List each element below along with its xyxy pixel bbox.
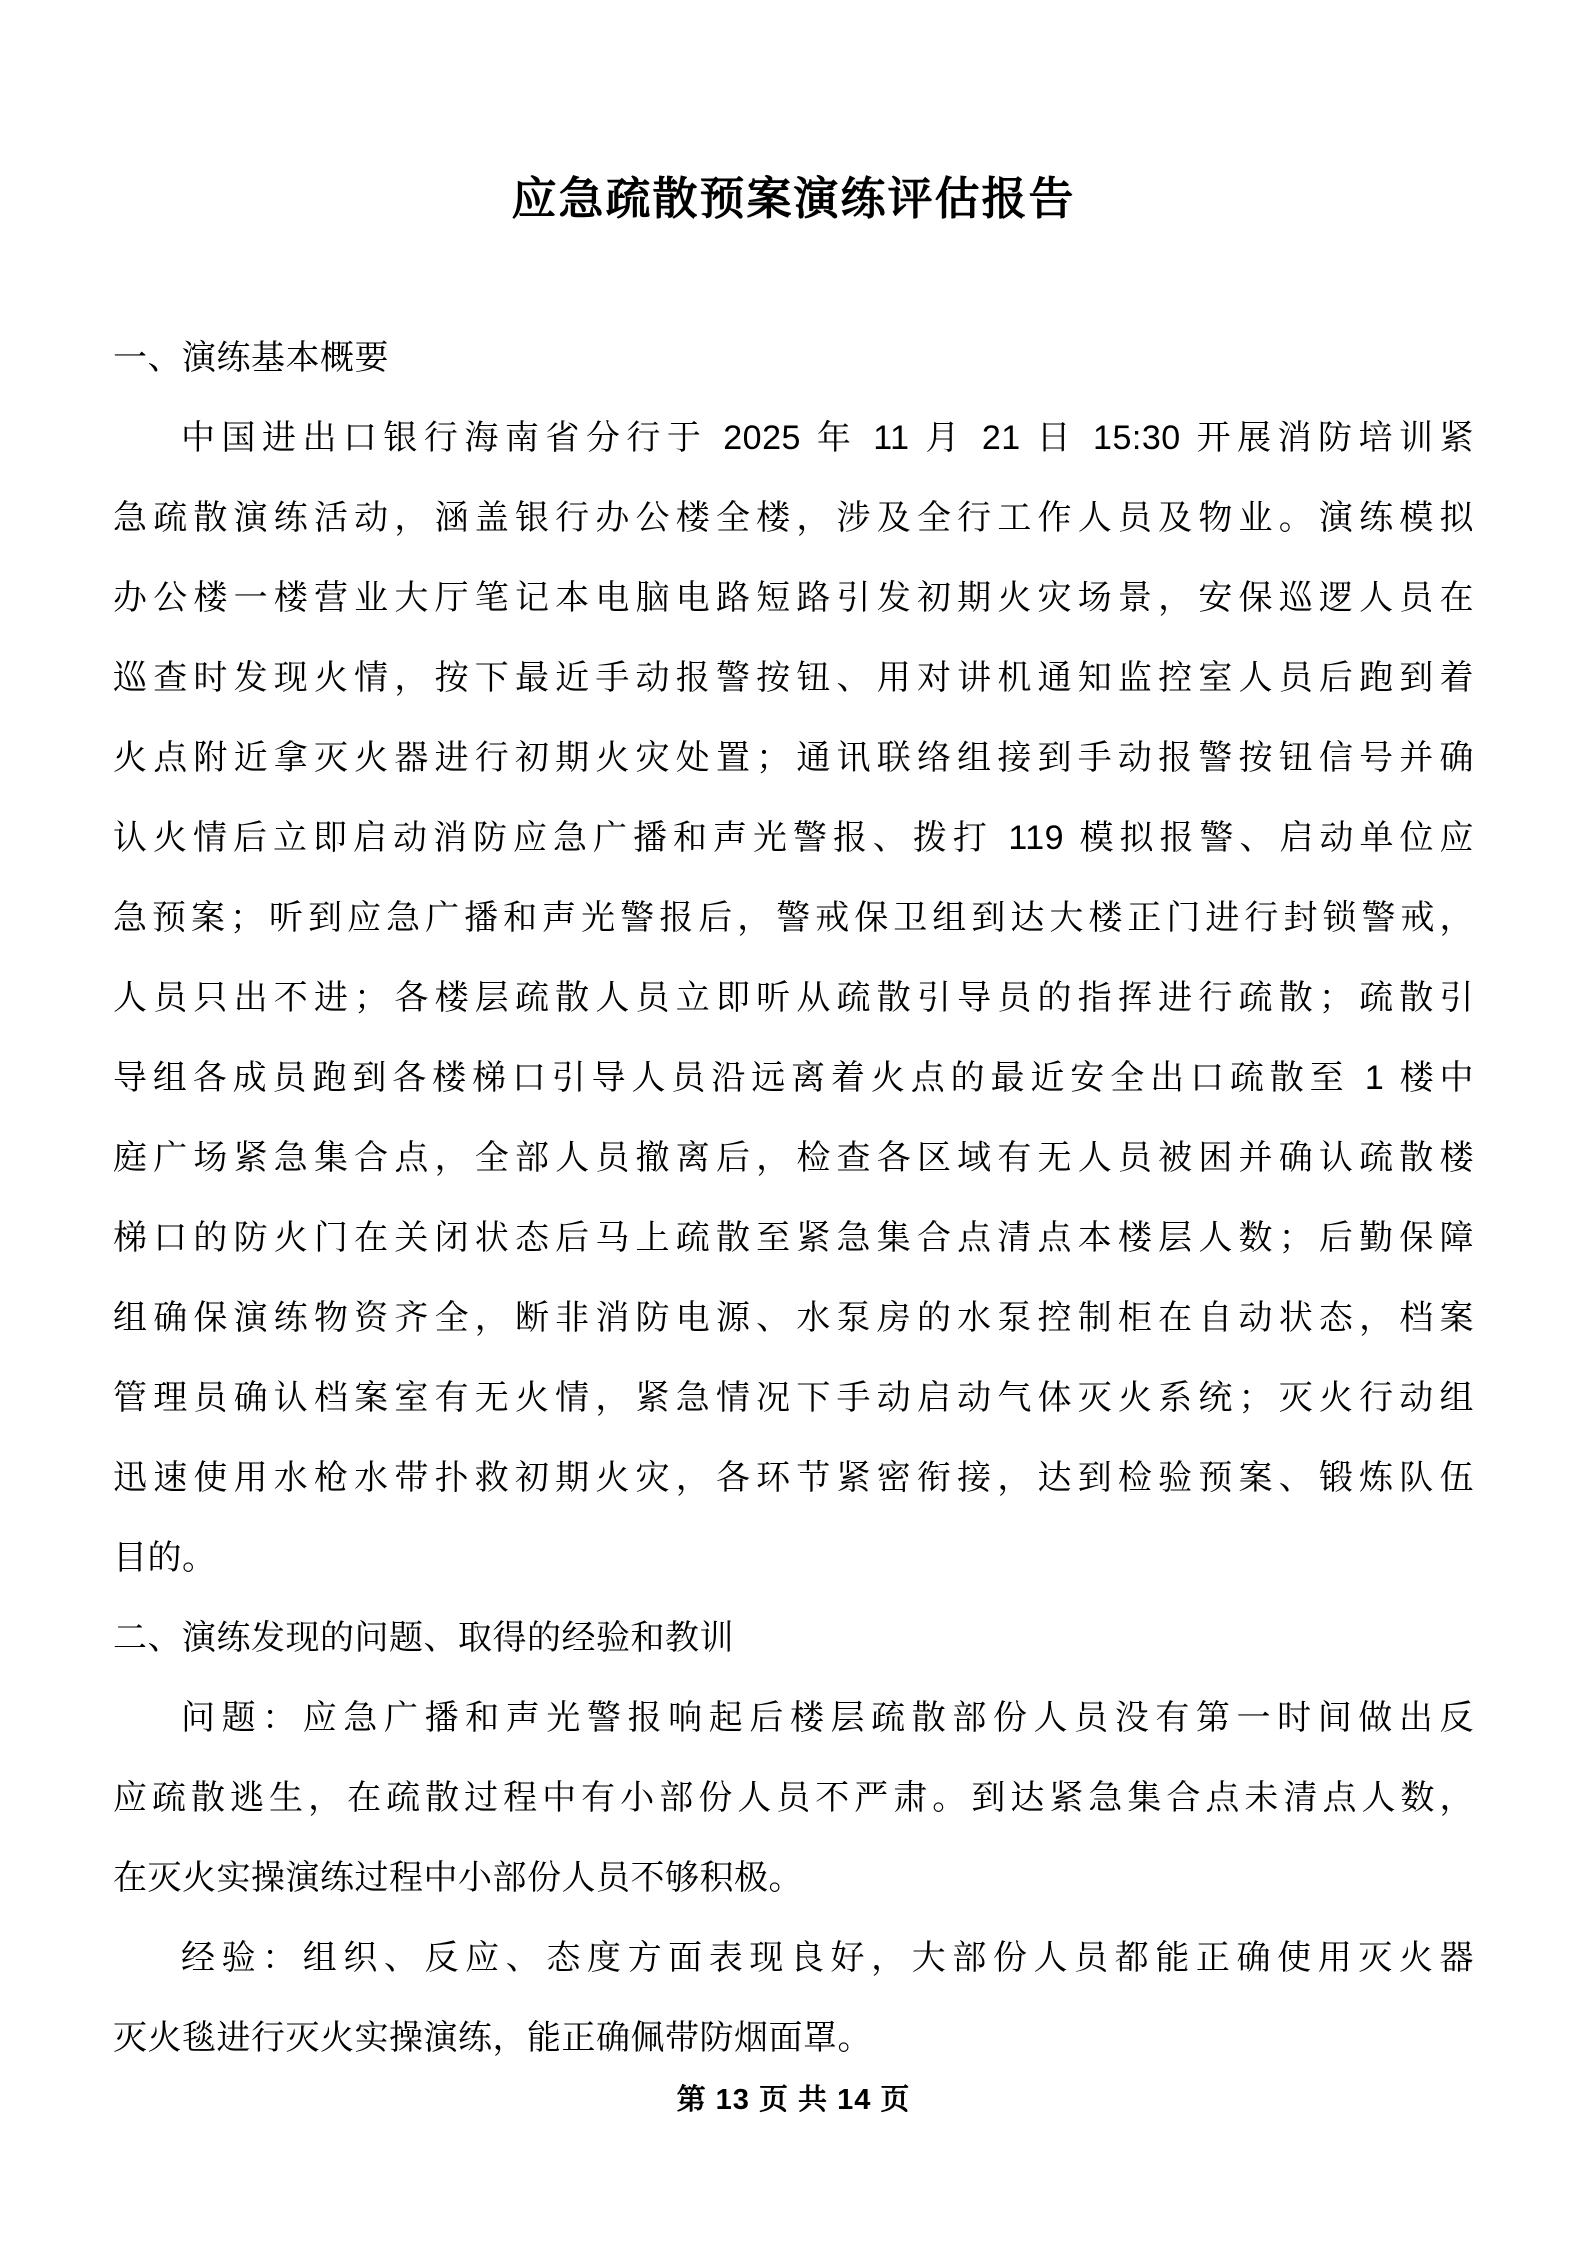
paragraph-line: 巡查时发现火情，按下最近手动报警按钮、用对讲机通知监控室人员后跑到着 — [113, 638, 1474, 718]
paragraph-line: 认火情后立即启动消防应急广播和声光警报、拨打 119 模拟报警、启动单位应 — [113, 798, 1474, 878]
paragraph-line: 急疏散演练活动，涵盖银行办公楼全楼，涉及全行工作人员及物业。演练模拟 — [113, 478, 1474, 558]
paragraph-line: 灭火毯进行灭火实操演练，能正确佩带防烟面罩。 — [113, 1998, 1474, 2078]
paragraph-line: 人员只出不进；各楼层疏散人员立即听从疏散引导员的指挥进行疏散；疏散引 — [113, 958, 1474, 1038]
paragraph-line: 庭广场紧急集合点，全部人员撤离后，检查各区域有无人员被困并确认疏散楼 — [113, 1118, 1474, 1198]
paragraph-line: 应疏散逃生，在疏散过程中有小部份人员不严肃。到达紧急集合点未清点人数， — [113, 1758, 1474, 1838]
paragraph-line: 问题：应急广播和声光警报响起后楼层疏散部份人员没有第一时间做出反 — [113, 1678, 1474, 1758]
paragraph-line: 导组各成员跑到各楼梯口引导人员沿远离着火点的最近安全出口疏散至 1 楼中 — [113, 1038, 1474, 1118]
paragraph-line: 梯口的防火门在关闭状态后马上疏散至紧急集合点清点本楼层人数；后勤保障 — [113, 1198, 1474, 1278]
paragraph-line: 中国进出口银行海南省分行于 2025 年 11 月 21 日 15:30 开展消… — [113, 398, 1474, 478]
document-title: 应急疏散预案演练评估报告 — [0, 165, 1587, 233]
section-heading: 二、演练发现的问题、取得的经验和教训 — [113, 1598, 1474, 1678]
paragraph-line: 目的。 — [113, 1518, 1474, 1598]
paragraph-line: 在灭火实操演练过程中小部份人员不够积极。 — [113, 1838, 1474, 1918]
paragraph-line: 火点附近拿灭火器进行初期火灾处置；通讯联络组接到手动报警按钮信号并确 — [113, 718, 1474, 798]
paragraph-line: 迅速使用水枪水带扑救初期火灾，各环节紧密衔接，达到检验预案、锻炼队伍 — [113, 1438, 1474, 1518]
document-page: 应急疏散预案演练评估报告 一、演练基本概要中国进出口银行海南省分行于 2025 … — [0, 0, 1587, 2245]
paragraph-line: 急预案；听到应急广播和声光警报后，警戒保卫组到达大楼正门进行封锁警戒， — [113, 878, 1474, 958]
paragraph-line: 管理员确认档案室有无火情，紧急情况下手动启动气体灭火系统；灭火行动组 — [113, 1358, 1474, 1438]
paragraph-line: 组确保演练物资齐全，断非消防电源、水泵房的水泵控制柜在自动状态，档案 — [113, 1278, 1474, 1358]
page-number-footer: 第 13 页 共 14 页 — [0, 2078, 1587, 2122]
paragraph-line: 经验：组织、反应、态度方面表现良好，大部份人员都能正确使用灭火器 — [113, 1918, 1474, 1998]
document-content: 一、演练基本概要中国进出口银行海南省分行于 2025 年 11 月 21 日 1… — [113, 318, 1474, 2078]
paragraph-line: 办公楼一楼营业大厅笔记本电脑电路短路引发初期火灾场景，安保巡逻人员在 — [113, 558, 1474, 638]
section-heading: 一、演练基本概要 — [113, 318, 1474, 398]
